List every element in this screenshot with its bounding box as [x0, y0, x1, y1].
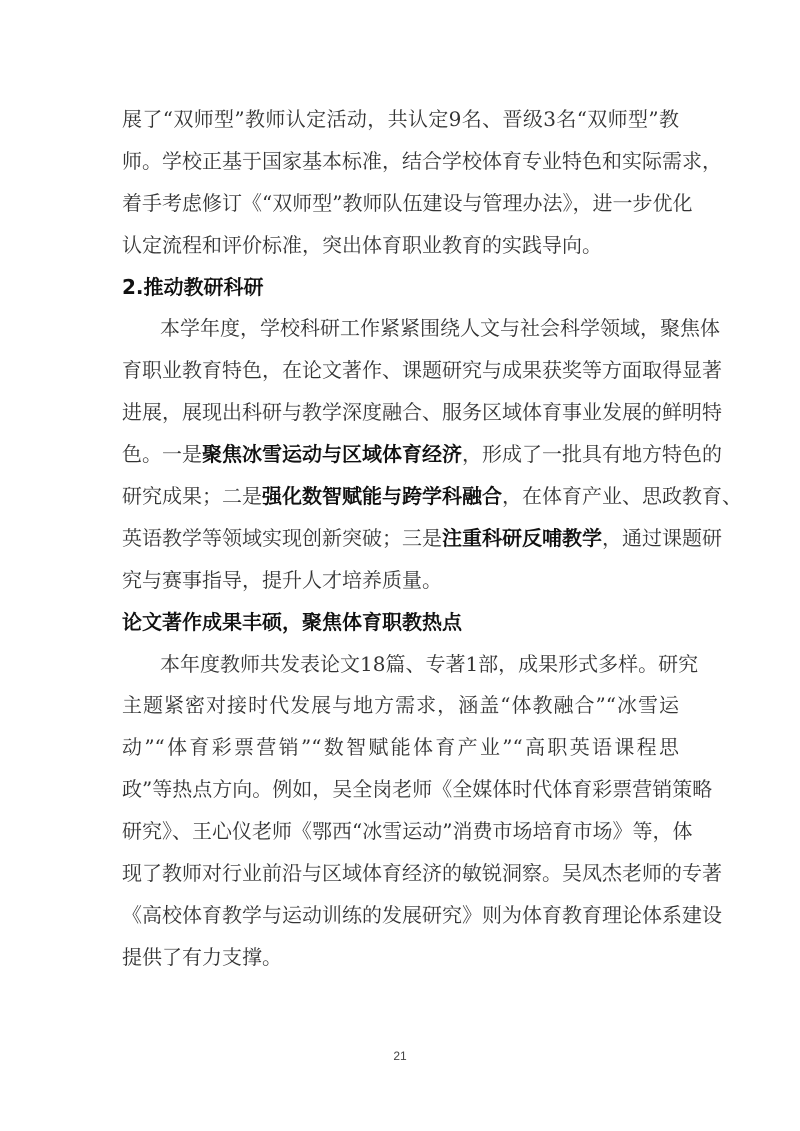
body-line: 提供了有力支撑。: [122, 937, 679, 979]
paragraph-start-line: 本学年度，学校科研工作紧紧围绕人文与社会科学领域，聚焦体: [122, 308, 679, 350]
text-run: ，通过课题研: [602, 526, 722, 550]
emphasis-text: 聚焦冰雪运动与区域体育经济: [202, 442, 462, 466]
body-line: 研究》、王心仪老师《鄂西“冰雪运动”消费市场培育市场》等，体: [122, 811, 679, 853]
body-line: 认定流程和评价标准，突出体育职业教育的实践导向。: [122, 225, 679, 267]
text-run: ，形成了一批具有地方特色的: [462, 442, 722, 466]
paragraph-start-line: 本年度教师共发表论文18篇、专著1部，成果形式多样。研究: [122, 644, 679, 686]
body-line: 进展，展现出科研与教学深度融合、服务区域体育事业发展的鲜明特: [122, 392, 679, 434]
body-line: 师。学校正基于国家基本标准，结合学校体育专业特色和实际需求，: [122, 141, 679, 183]
document-page: 展了“双师型”教师认定活动，共认定9名、晋级3名“双师型”教 师。学校正基于国家…: [0, 0, 800, 1131]
body-line-with-emphasis: 英语教学等领域实现创新突破；三是注重科研反哺教学，通过课题研: [122, 518, 679, 560]
body-line: 《高校体育教学与运动训练的发展研究》则为体育教育理论体系建设: [122, 895, 679, 937]
body-line-with-emphasis: 研究成果；二是强化数智赋能与跨学科融合，在体育产业、思政教育、: [122, 476, 679, 518]
body-line: 着手考虑修订《“双师型”教师队伍建设与管理办法》，进一步优化: [122, 183, 679, 225]
text-run: 英语教学等领域实现创新突破；三是: [122, 526, 442, 550]
page-number: 21: [0, 1049, 800, 1063]
section-heading-publications: 论文著作成果丰硕，聚焦体育职教热点: [122, 602, 679, 644]
body-line: 政”等热点方向。例如，吴全岗老师《全媒体时代体育彩票营销策略: [122, 769, 679, 811]
body-line: 现了教师对行业前沿与区域体育经济的敏锐洞察。吴凤杰老师的专著: [122, 853, 679, 895]
body-line-with-emphasis: 色。一是聚焦冰雪运动与区域体育经济，形成了一批具有地方特色的: [122, 434, 679, 476]
emphasis-text: 强化数智赋能与跨学科融合: [262, 484, 502, 508]
text-run: 色。一是: [122, 442, 202, 466]
text-run: ，在体育产业、思政教育、: [502, 484, 742, 508]
section-heading-research: 2.推动教研科研: [122, 267, 679, 309]
body-line: 究与赛事指导，提升人才培养质量。: [122, 560, 679, 602]
body-line: 动”“体育彩票营销”“数智赋能体育产业”“高职英语课程思: [122, 727, 679, 769]
document-body: 展了“双师型”教师认定活动，共认定9名、晋级3名“双师型”教 师。学校正基于国家…: [122, 99, 679, 979]
body-line: 主题紧密对接时代发展与地方需求，涵盖“体教融合”“冰雪运: [122, 685, 679, 727]
emphasis-text: 注重科研反哺教学: [442, 526, 602, 550]
body-line: 育职业教育特色，在论文著作、课题研究与成果获奖等方面取得显著: [122, 350, 679, 392]
body-line: 展了“双师型”教师认定活动，共认定9名、晋级3名“双师型”教: [122, 99, 679, 141]
text-run: 研究成果；二是: [122, 484, 262, 508]
